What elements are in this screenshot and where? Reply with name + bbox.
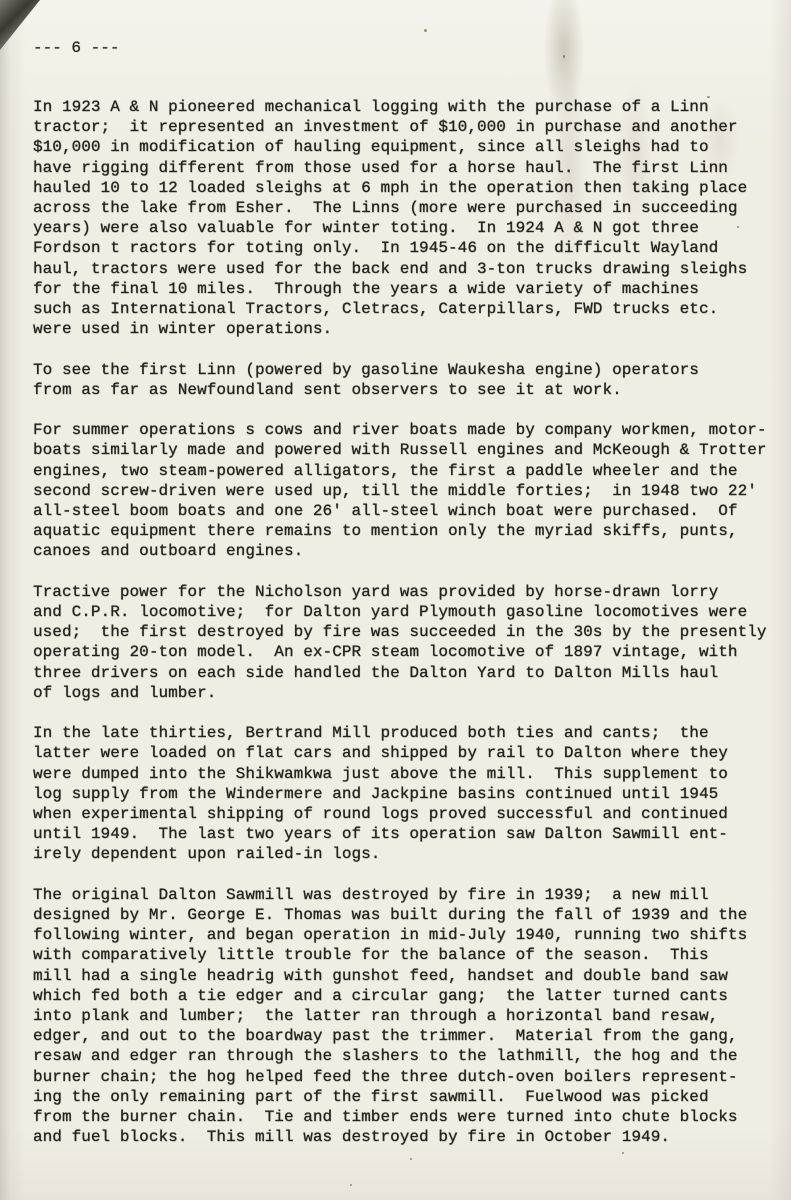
- text-line: burner chain; the hog helped feed the th…: [33, 1067, 783, 1087]
- scan-speck: [563, 55, 565, 58]
- text-line: edger, and out to the boardway past the …: [33, 1026, 783, 1046]
- document-body: In 1923 A & N pioneered mechanical loggi…: [33, 97, 783, 1168]
- text-line: from the burner chain. Tie and timber en…: [33, 1107, 783, 1127]
- text-line: $10,000 in modification of hauling equip…: [33, 137, 783, 157]
- paragraph-logging-pioneered: In 1923 A & N pioneered mechanical loggi…: [33, 97, 783, 339]
- text-line: designed by Mr. George E. Thomas was bui…: [33, 905, 783, 925]
- text-line: across the lake from Esher. The Linns (m…: [33, 198, 783, 218]
- text-line: have rigging different from those used f…: [33, 158, 783, 178]
- text-line: and fuel blocks. This mill was destroyed…: [33, 1127, 783, 1147]
- text-line: operating 20-ton model. An ex-CPR steam …: [33, 642, 783, 662]
- text-line: for the final 10 miles. Through the year…: [33, 279, 783, 299]
- paragraph-first-linn-observers: To see the first Linn (powered by gasoli…: [33, 360, 783, 400]
- text-line: The original Dalton Sawmill was destroye…: [33, 885, 783, 905]
- text-line: all-steel boom boats and one 26' all-ste…: [33, 501, 783, 521]
- text-line: irely dependent upon railed-in logs.: [33, 844, 783, 864]
- text-line: second screw-driven were used up, till t…: [33, 481, 783, 501]
- scan-speck: [424, 29, 427, 32]
- paragraph-summer-operations: For summer operations s cows and river b…: [33, 420, 783, 561]
- text-line: until 1949. The last two years of its op…: [33, 824, 783, 844]
- text-line: from as far as Newfoundland sent observe…: [33, 380, 783, 400]
- text-line: into plank and lumber; the latter ran th…: [33, 1006, 783, 1026]
- text-line: To see the first Linn (powered by gasoli…: [33, 360, 783, 380]
- text-line: boats similarly made and powered with Ru…: [33, 440, 783, 460]
- text-line: In the late thirties, Bertrand Mill prod…: [33, 723, 783, 743]
- text-line: For summer operations s cows and river b…: [33, 420, 783, 440]
- document-page: --- 6 --- In 1923 A & N pioneered mechan…: [0, 0, 791, 1200]
- text-line: such as International Tractors, Cletracs…: [33, 299, 783, 319]
- text-line: latter were loaded on flat cars and ship…: [33, 743, 783, 763]
- text-line: were used in winter operations.: [33, 319, 783, 339]
- page-number: --- 6 ---: [33, 38, 119, 58]
- text-line: of logs and lumber.: [33, 683, 783, 703]
- text-line: haul, tractors were used for the back en…: [33, 259, 783, 279]
- scan-speck: [350, 1184, 352, 1186]
- text-line: Fordson t ractors for toting only. In 19…: [33, 238, 783, 258]
- text-line: following winter, and began operation in…: [33, 925, 783, 945]
- text-line: and C.P.R. locomotive; for Dalton yard P…: [33, 602, 783, 622]
- text-line: engines, two steam-powered alligators, t…: [33, 461, 783, 481]
- text-line: canoes and outboard engines.: [33, 541, 783, 561]
- text-line: hauled 10 to 12 loaded sleighs at 6 mph …: [33, 178, 783, 198]
- text-line: used; the first destroyed by fire was su…: [33, 622, 783, 642]
- text-line: three drivers on each side handled the D…: [33, 663, 783, 683]
- text-line: which fed both a tie edger and a circula…: [33, 986, 783, 1006]
- paragraph-dalton-sawmill: The original Dalton Sawmill was destroye…: [33, 885, 783, 1148]
- paragraph-tractive-power: Tractive power for the Nicholson yard wa…: [33, 582, 783, 703]
- text-line: In 1923 A & N pioneered mechanical loggi…: [33, 97, 783, 117]
- text-line: were dumped into the Shikwamkwa just abo…: [33, 764, 783, 784]
- text-line: mill had a single headrig with gunshot f…: [33, 966, 783, 986]
- text-line: log supply from the Windermere and Jackp…: [33, 784, 783, 804]
- text-line: tractor; it represented an investment of…: [33, 117, 783, 137]
- text-line: ing the only remaining part of the first…: [33, 1087, 783, 1107]
- text-line: aquatic equipment there remains to menti…: [33, 521, 783, 541]
- text-line: years) were also valuable for winter tot…: [33, 218, 783, 238]
- text-line: with comparatively little trouble for th…: [33, 945, 783, 965]
- paragraph-bertrand-mill: In the late thirties, Bertrand Mill prod…: [33, 723, 783, 864]
- text-line: Tractive power for the Nicholson yard wa…: [33, 582, 783, 602]
- text-line: resaw and edger ran through the slashers…: [33, 1046, 783, 1066]
- text-line: when experimental shipping of round logs…: [33, 804, 783, 824]
